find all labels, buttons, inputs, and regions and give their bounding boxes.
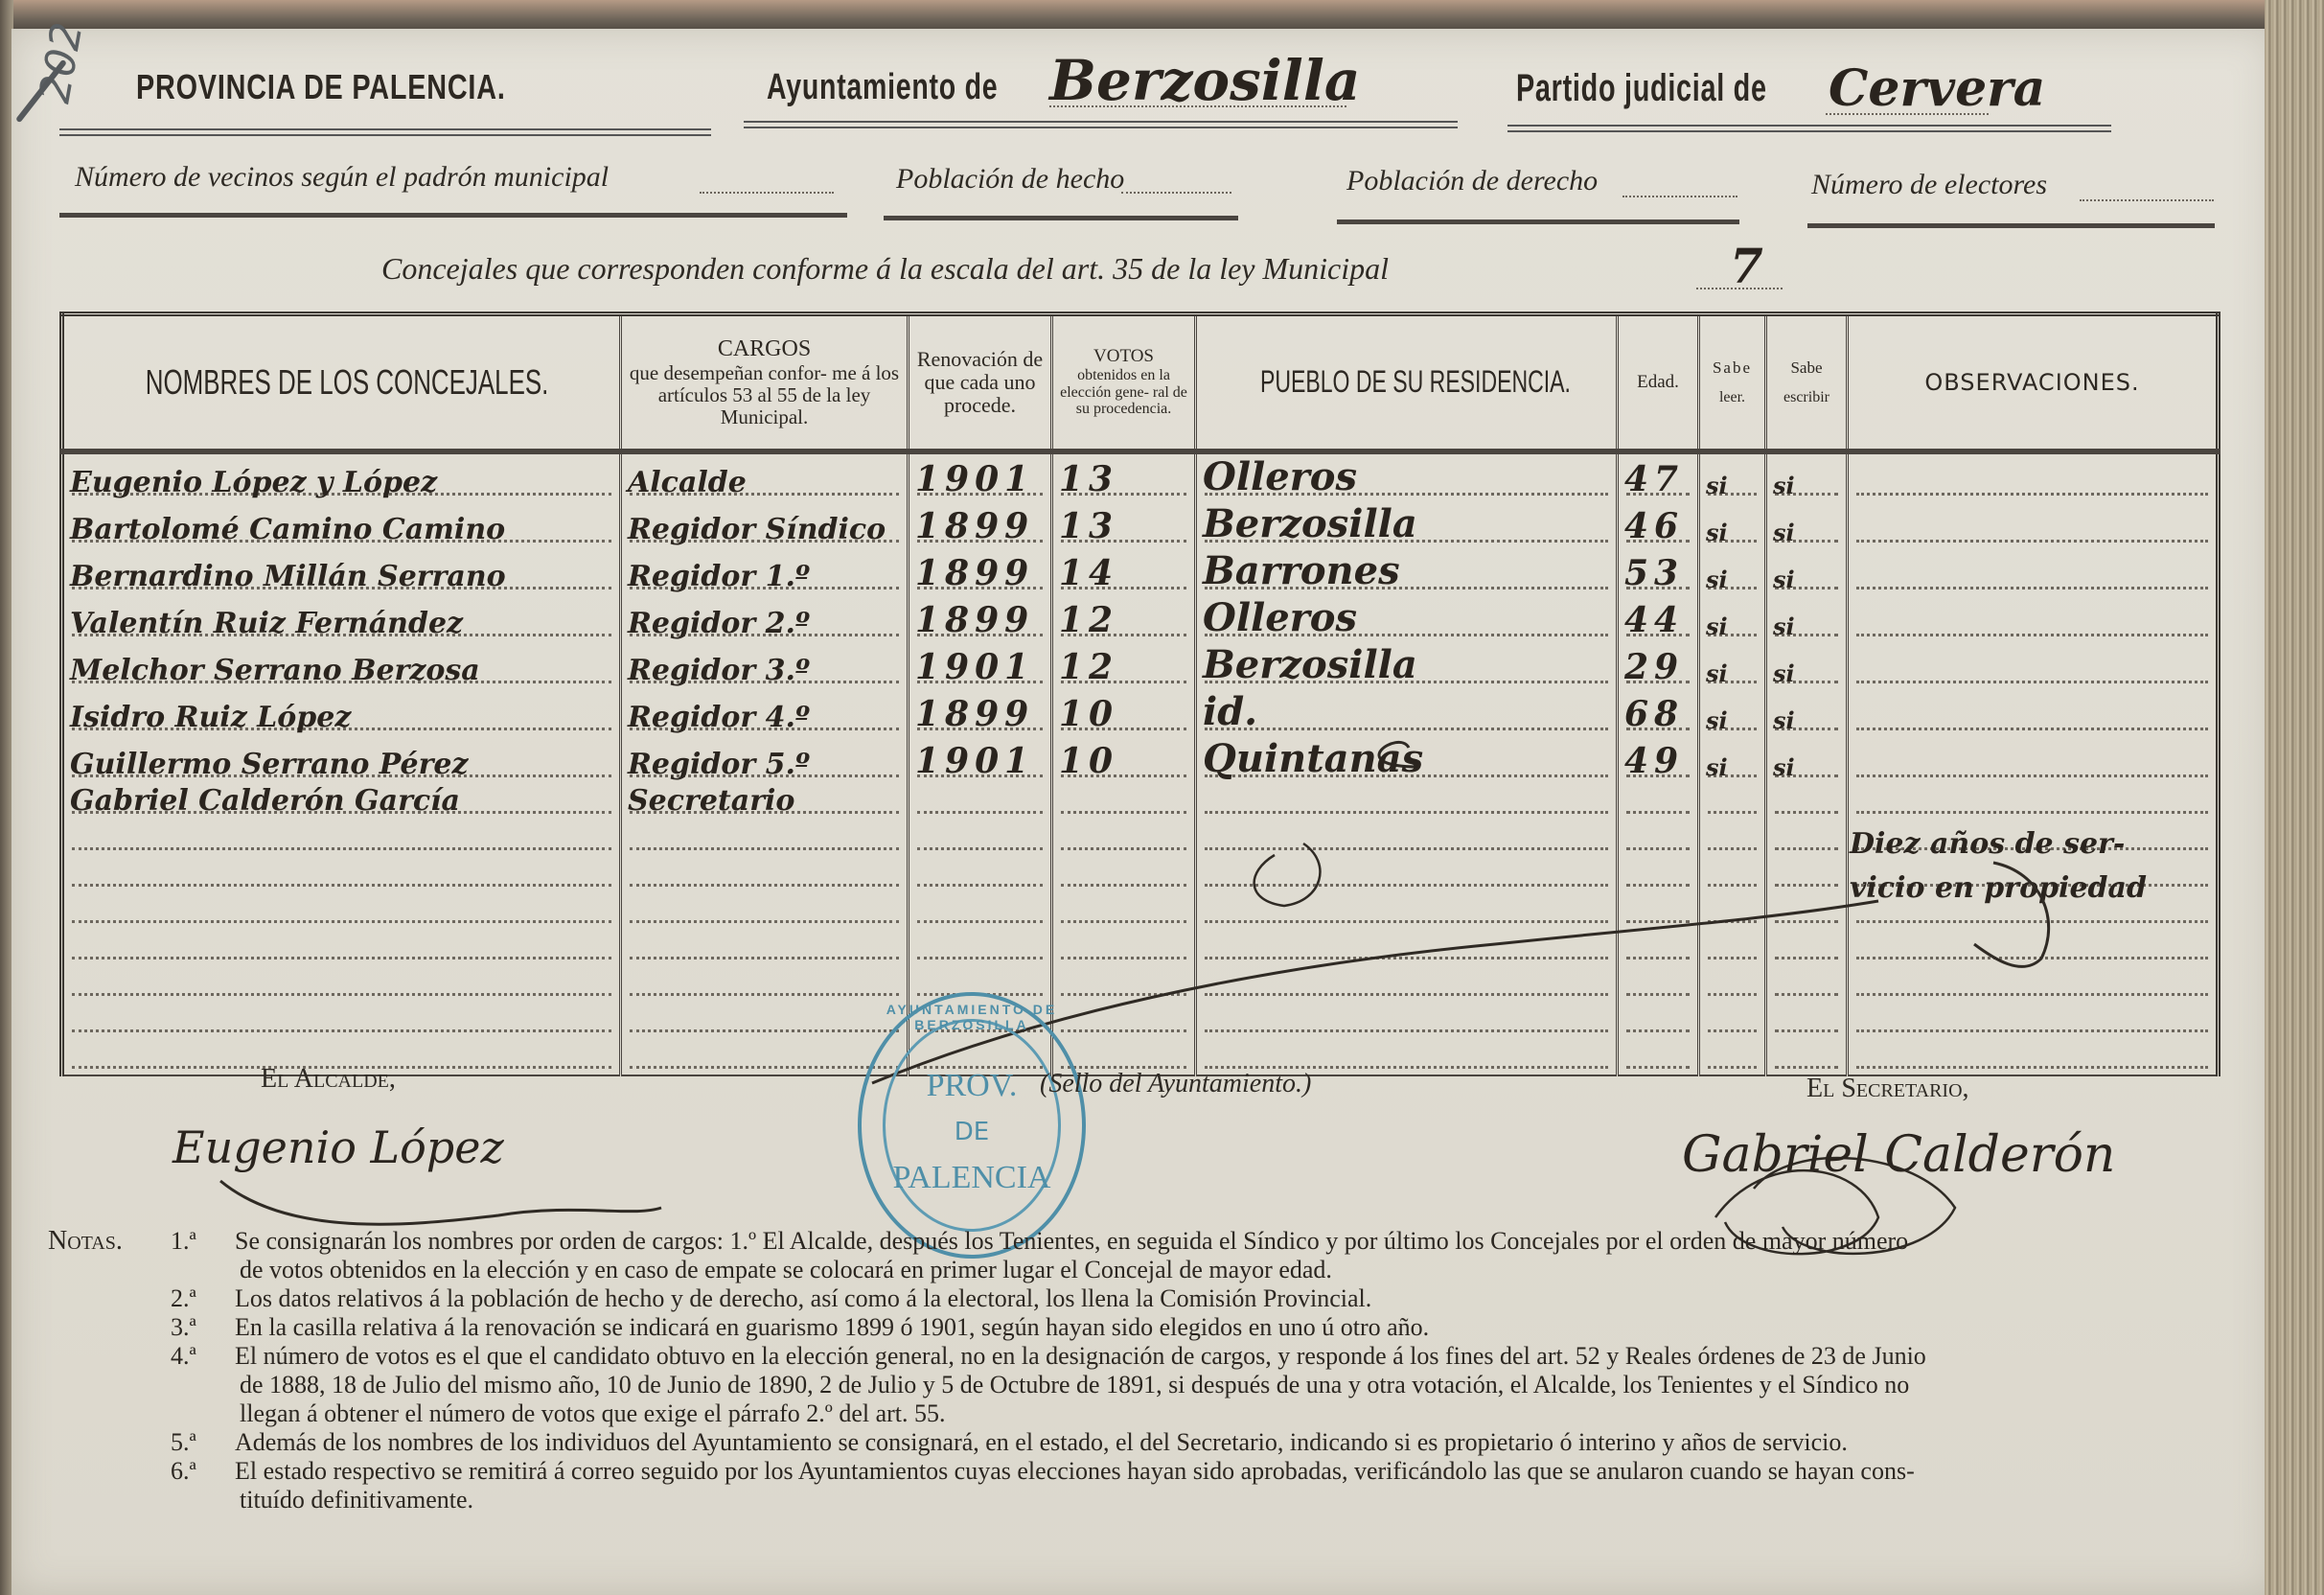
seal-line-3: PALENCIA <box>862 1155 1082 1201</box>
note-line: Además de los nombres de los individuos … <box>235 1428 2223 1457</box>
cell-votos-value: 12 <box>1059 647 1118 689</box>
note-line: En la casilla relativa á la renovación s… <box>235 1313 2223 1342</box>
cell-votos-value: 12 <box>1059 600 1118 642</box>
cell-edad-value: 68 <box>1624 694 1684 736</box>
note-line: El número de votos es el que el candidat… <box>235 1342 2223 1371</box>
seal-line-2: DE <box>862 1109 1082 1155</box>
note-number: 2.ª <box>171 1284 196 1313</box>
cell-renovacion-value: 1899 <box>915 553 1034 595</box>
secretario-signature: Gabriel Calderón <box>1682 1126 2115 1184</box>
cell-edad-value: 29 <box>1624 647 1684 689</box>
seal-ring-text: AYUNTAMIENTO DE BERZOSILLA <box>862 1002 1082 1032</box>
note-item: 4.ªEl número de votos es el que el candi… <box>48 1342 2223 1428</box>
note-item: 6.ªEl estado respectivo se remitirá á co… <box>48 1457 2223 1514</box>
cell-edad-value: 47 <box>1624 459 1684 501</box>
cell-votos-value: 10 <box>1059 694 1118 736</box>
note-number: 1.ª <box>171 1227 196 1256</box>
note-item: 5.ªAdemás de los nombres de los individu… <box>48 1428 2223 1457</box>
cell-cargo-value: Regidor 1.º <box>628 560 810 595</box>
note-line: tituído definitivamente. <box>48 1486 2223 1514</box>
note-number: 5.ª <box>171 1428 196 1457</box>
cell-sabe-escribir-value: si <box>1773 753 1795 783</box>
cell-renovacion: 1899 <box>909 595 1052 642</box>
secretario-label: El Secretario, <box>1806 1074 1969 1104</box>
cell-pueblo-value: Olleros <box>1203 595 1357 642</box>
ayuntamiento-seal: AYUNTAMIENTO DE BERZOSILLA PROV. DE PALE… <box>858 992 1086 1259</box>
cell-nombre-value: Eugenio López y López <box>70 466 437 501</box>
note-line: de votos obtenidos en la elección y en c… <box>48 1256 2223 1284</box>
cell-sabe-leer-value: si <box>1706 659 1728 689</box>
cell-edad-value: 53 <box>1624 553 1684 595</box>
cell-renovacion-value: 1899 <box>915 506 1034 548</box>
cell-sabe-leer-value: si <box>1706 753 1728 783</box>
cell-votos-value: 14 <box>1059 553 1118 595</box>
note-line: llegan á obtener el número de votos que … <box>48 1399 2223 1428</box>
cell-nombre-value: Valentín Ruiz Fernández <box>70 607 463 642</box>
cell-sabe-escribir-value: si <box>1773 613 1795 642</box>
note-number: 4.ª <box>171 1342 196 1371</box>
cell-votos-value: 13 <box>1059 459 1118 501</box>
cell-sabe-escribir-value: si <box>1773 519 1795 548</box>
cell-edad-value: 49 <box>1624 741 1684 783</box>
cell-pueblo-value: Berzosilla <box>1203 501 1417 548</box>
cell-sabe-escribir-value: si <box>1773 706 1795 736</box>
note-item: 2.ªLos datos relativos á la población de… <box>48 1284 2223 1313</box>
cell-sabe-escribir-value: si <box>1773 566 1795 595</box>
cell-cargo-value: Alcalde <box>628 466 747 501</box>
cell-renovacion: 1899 <box>909 689 1052 736</box>
cell-nombre-value: Bernardino Millán Serrano <box>70 560 506 595</box>
cell-cargo-value: Regidor 5.º <box>628 748 810 783</box>
cell-cargo-value: Regidor 2.º <box>628 607 810 642</box>
cell-renovacion: 1899 <box>909 501 1052 548</box>
cell-edad-value: 44 <box>1624 600 1684 642</box>
cell-sabe-leer-value: si <box>1706 566 1728 595</box>
notes-section: Notas. 1.ªSe consignarán los nombres por… <box>48 1227 2223 1514</box>
cell-edad-value: 46 <box>1624 506 1684 548</box>
cell-nombre-value: Gabriel Calderón García <box>70 784 460 820</box>
note-line: Los datos relativos á la población de he… <box>235 1284 2223 1313</box>
notes-list: 1.ªSe consignarán los nombres por orden … <box>48 1227 2223 1514</box>
cell-pueblo-value: Berzosilla <box>1203 642 1417 689</box>
note-line: Se consignarán los nombres por orden de … <box>235 1227 2223 1256</box>
cell-sabe-escribir-value: si <box>1773 472 1795 501</box>
cell-nombre-value: Isidro Ruiz López <box>70 701 351 736</box>
cell-renovacion: 1901 <box>909 736 1052 783</box>
note-number: 6.ª <box>171 1457 196 1486</box>
note-line: de 1888, 18 de Julio del mismo año, 10 d… <box>48 1371 2223 1399</box>
cell-cargo-value: Regidor 4.º <box>628 701 810 736</box>
cell-nombre-value: Guillermo Serrano Pérez <box>70 748 469 783</box>
cell-renovacion-value: 1899 <box>915 694 1034 736</box>
cell-renovacion-value: 1901 <box>915 459 1034 501</box>
cell-renovacion-value: 1901 <box>915 647 1034 689</box>
cell-renovacion-value: 1899 <box>915 600 1034 642</box>
cell-votos-value: 13 <box>1059 506 1118 548</box>
cell-renovacion: 1899 <box>909 548 1052 595</box>
cell-nombre-value: Melchor Serrano Berzosa <box>70 654 480 689</box>
cell-cargo-value: Secretario <box>628 784 794 820</box>
cell-pueblo-value: Quintanas <box>1203 736 1423 783</box>
cell-sabe-leer-value: si <box>1706 706 1728 736</box>
cell-cargo-value: Regidor 3.º <box>628 654 810 689</box>
note-number: 3.ª <box>171 1313 196 1342</box>
cell-pueblo-value: Barrones <box>1203 548 1400 595</box>
cell-pueblo-value: id. <box>1203 689 1257 736</box>
sello-label: (Sello del Ayuntamiento.) <box>1040 1069 1311 1099</box>
alcalde-signature: Eugenio López <box>173 1121 504 1173</box>
cell-votos-value: 10 <box>1059 741 1118 783</box>
cell-sabe-leer-value: si <box>1706 519 1728 548</box>
cell-sabe-escribir-value: si <box>1773 659 1795 689</box>
cell-renovacion-value: 1901 <box>915 741 1034 783</box>
cell-renovacion: 1901 <box>909 451 1052 501</box>
cell-sabe-leer-value: si <box>1706 613 1728 642</box>
note-line: El estado respectivo se remitirá á corre… <box>235 1457 2223 1486</box>
cell-sabe-leer-value: si <box>1706 472 1728 501</box>
cell-renovacion: 1901 <box>909 642 1052 689</box>
note-item: 3.ªEn la casilla relativa á la renovació… <box>48 1313 2223 1342</box>
cell-pueblo-value: Olleros <box>1203 454 1357 501</box>
note-item: 1.ªSe consignarán los nombres por orden … <box>48 1227 2223 1284</box>
alcalde-label: El Alcalde, <box>261 1064 396 1095</box>
cell-nombre-value: Bartolomé Camino Camino <box>70 513 505 548</box>
cell-cargo-value: Regidor Síndico <box>628 513 886 548</box>
